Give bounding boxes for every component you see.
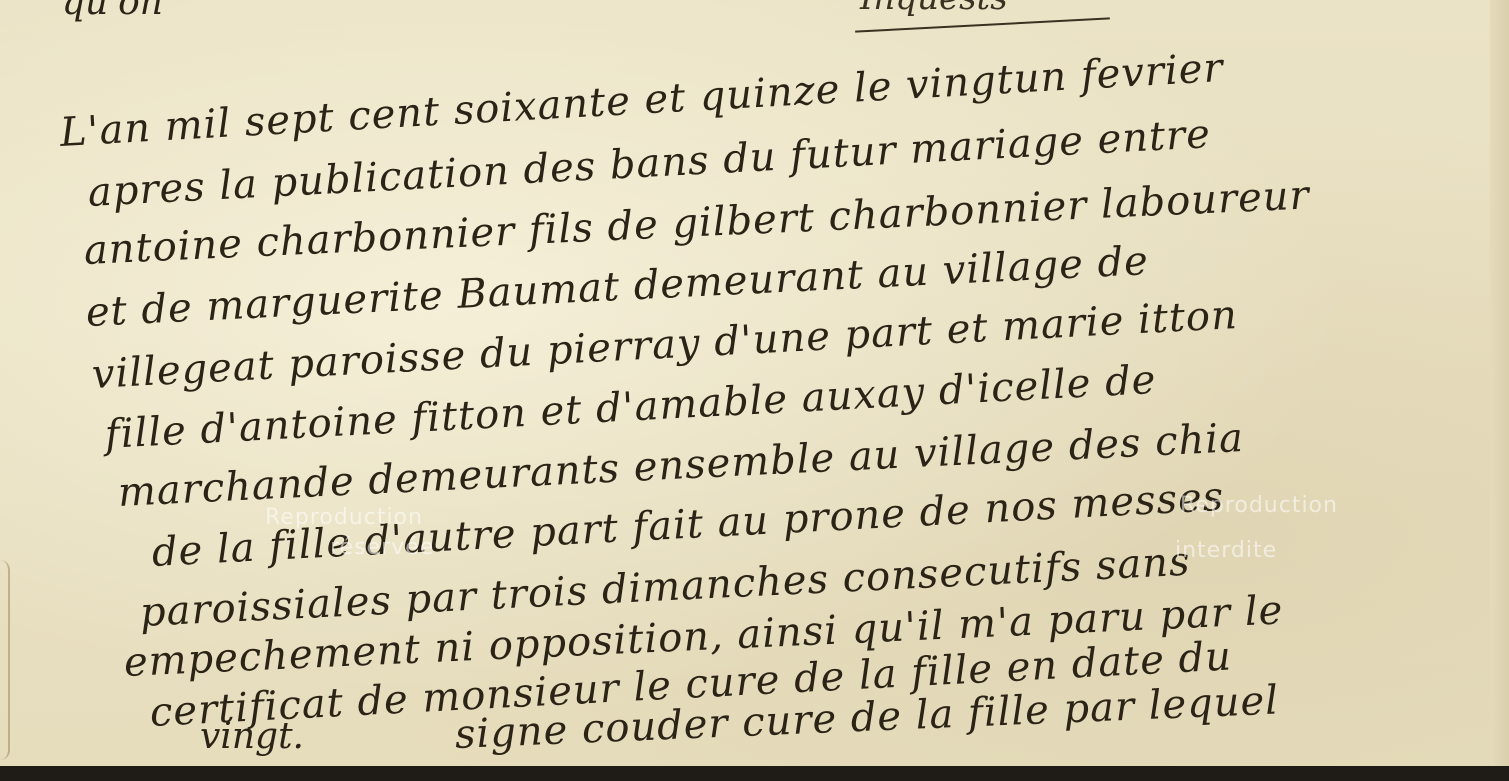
watermark-text: interdite [1175, 538, 1277, 563]
header-word: Inquests [860, 0, 1008, 18]
watermark-text: Reproduction [265, 505, 423, 530]
watermark-text: réservée [330, 535, 434, 560]
corner-word: qu'on [62, 0, 163, 23]
margin-note: vingt. [200, 716, 304, 757]
page-left-fold [0, 560, 10, 760]
scan-bottom-border [0, 766, 1509, 781]
page-right-edge [1490, 0, 1509, 781]
watermark-text: Reproduction [1180, 493, 1338, 518]
